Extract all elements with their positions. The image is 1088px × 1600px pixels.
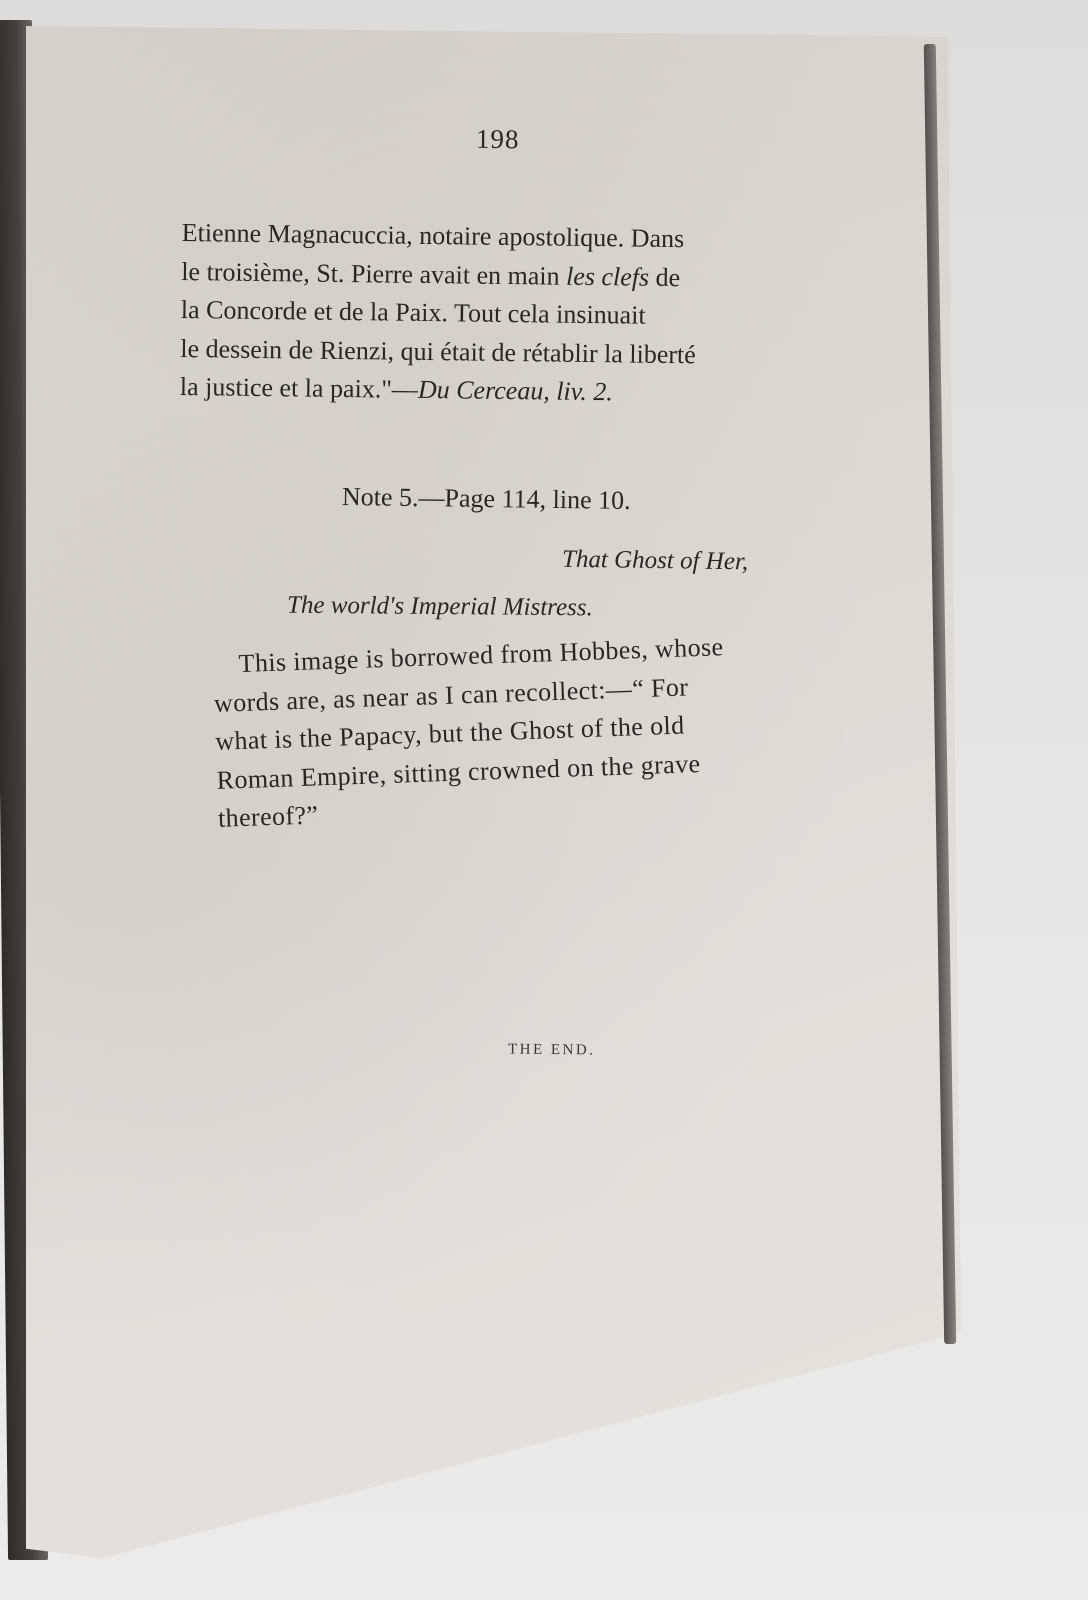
verse-line: The world's Imperial Mistress. <box>287 592 593 623</box>
italic-phrase: les clefs <box>566 261 649 291</box>
verse-line: That Ghost of Her, <box>562 546 749 577</box>
the-end-mark: THE END. <box>508 1042 596 1060</box>
french-quote-paragraph: Etienne Magnacuccia, notaire apostolique… <box>180 214 822 414</box>
citation: Du Cerceau, liv. 2. <box>418 375 613 406</box>
quote-line: la justice et la paix."—Du Cerceau, liv.… <box>180 368 820 414</box>
note-body-paragraph: This image is borrowed from Hobbes, whos… <box>212 623 868 838</box>
page-text: 198 Etienne Magnacuccia, notaire apostol… <box>0 0 1088 1600</box>
photo-scene: 198 Etienne Magnacuccia, notaire apostol… <box>0 0 1088 1600</box>
page-number: 198 <box>476 124 520 155</box>
note-heading: Note 5.—Page 114, line 10. <box>342 482 631 516</box>
